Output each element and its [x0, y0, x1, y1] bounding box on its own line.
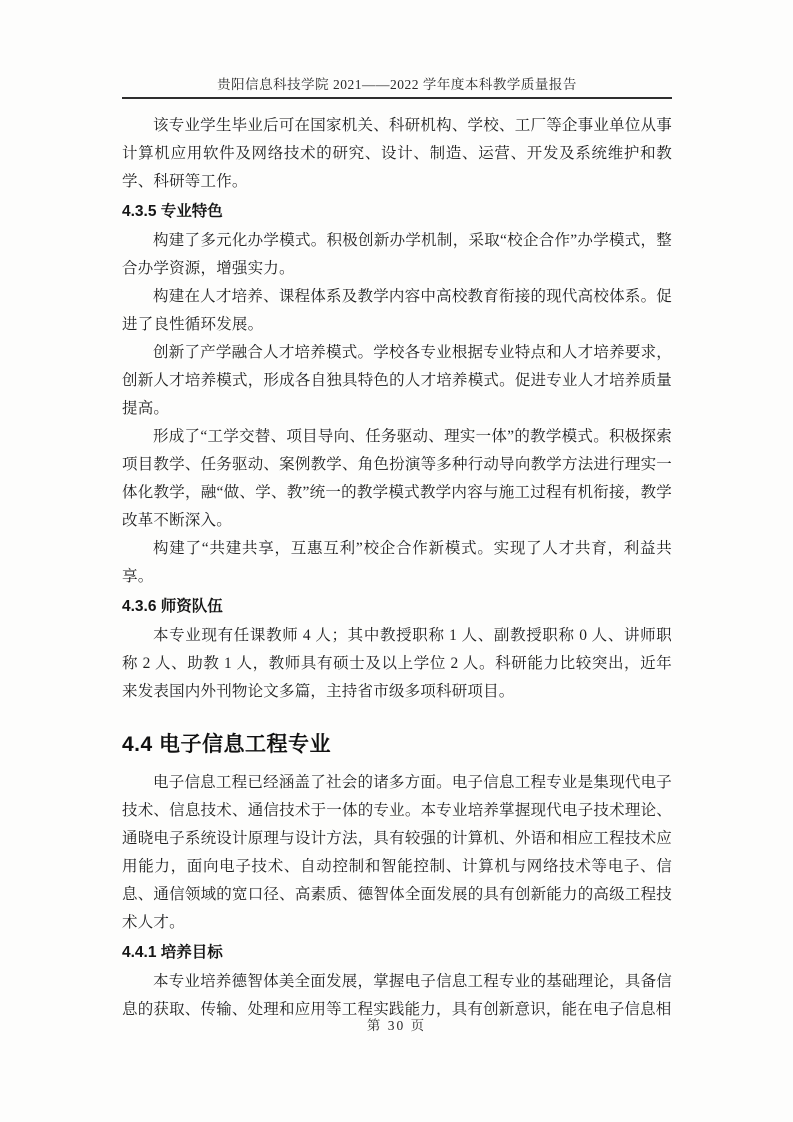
page-header: 贵阳信息科技学院 2021——2022 学年度本科教学质量报告 — [122, 76, 672, 99]
header-title: 贵阳信息科技学院 2021——2022 学年度本科教学质量报告 — [217, 77, 577, 92]
document-page: 贵阳信息科技学院 2021——2022 学年度本科教学质量报告 该专业学生毕业后… — [0, 0, 793, 1122]
heading-4-3-6-faculty: 4.3.6 师资队伍 — [122, 596, 672, 618]
paragraph-talent-curriculum: 构建在人才培养、课程体系及教学内容中高校教育衔接的现代高校体系。促进了良性循环发… — [122, 283, 672, 339]
paragraph-industry-education: 创新了产学融合人才培养模式。学校各专业根据专业特点和人才培养要求，创新人才培养模… — [122, 339, 672, 423]
page-footer: 第 30 页 — [0, 1014, 793, 1034]
paragraph-diversified-model: 构建了多元化办学模式。积极创新办学机制，采取“校企合作”办学模式，整合办学资源，… — [122, 227, 672, 283]
heading-4-4-1-training-objectives: 4.4.1 培养目标 — [122, 942, 672, 964]
paragraph-major-intro: 电子信息工程已经涵盖了社会的诸多方面。电子信息工程专业是集现代电子技术、信息技术… — [122, 769, 672, 937]
heading-4-4-electronic-information: 4.4 电子信息工程专业 — [122, 732, 672, 758]
heading-4-3-5-major-features: 4.3.5 专业特色 — [122, 201, 672, 223]
document-content: 该专业学生毕业后可在国家机关、科研机构、学校、工厂等企事业单位从事计算机应用软件… — [122, 112, 672, 1024]
paragraph-careers: 该专业学生毕业后可在国家机关、科研机构、学校、工厂等企事业单位从事计算机应用软件… — [122, 112, 672, 196]
paragraph-school-enterprise: 构建了“共建共享，互惠互利”校企合作新模式。实现了人才共育，利益共享。 — [122, 535, 672, 591]
paragraph-faculty-stats: 本专业现有任课教师 4 人；其中教授职称 1 人、副教授职称 0 人、讲师职称 … — [122, 622, 672, 706]
page-number: 第 30 页 — [367, 1018, 426, 1033]
paragraph-teaching-model: 形成了“工学交替、项目导向、任务驱动、理实一体”的教学模式。积极探索项目教学、任… — [122, 423, 672, 535]
